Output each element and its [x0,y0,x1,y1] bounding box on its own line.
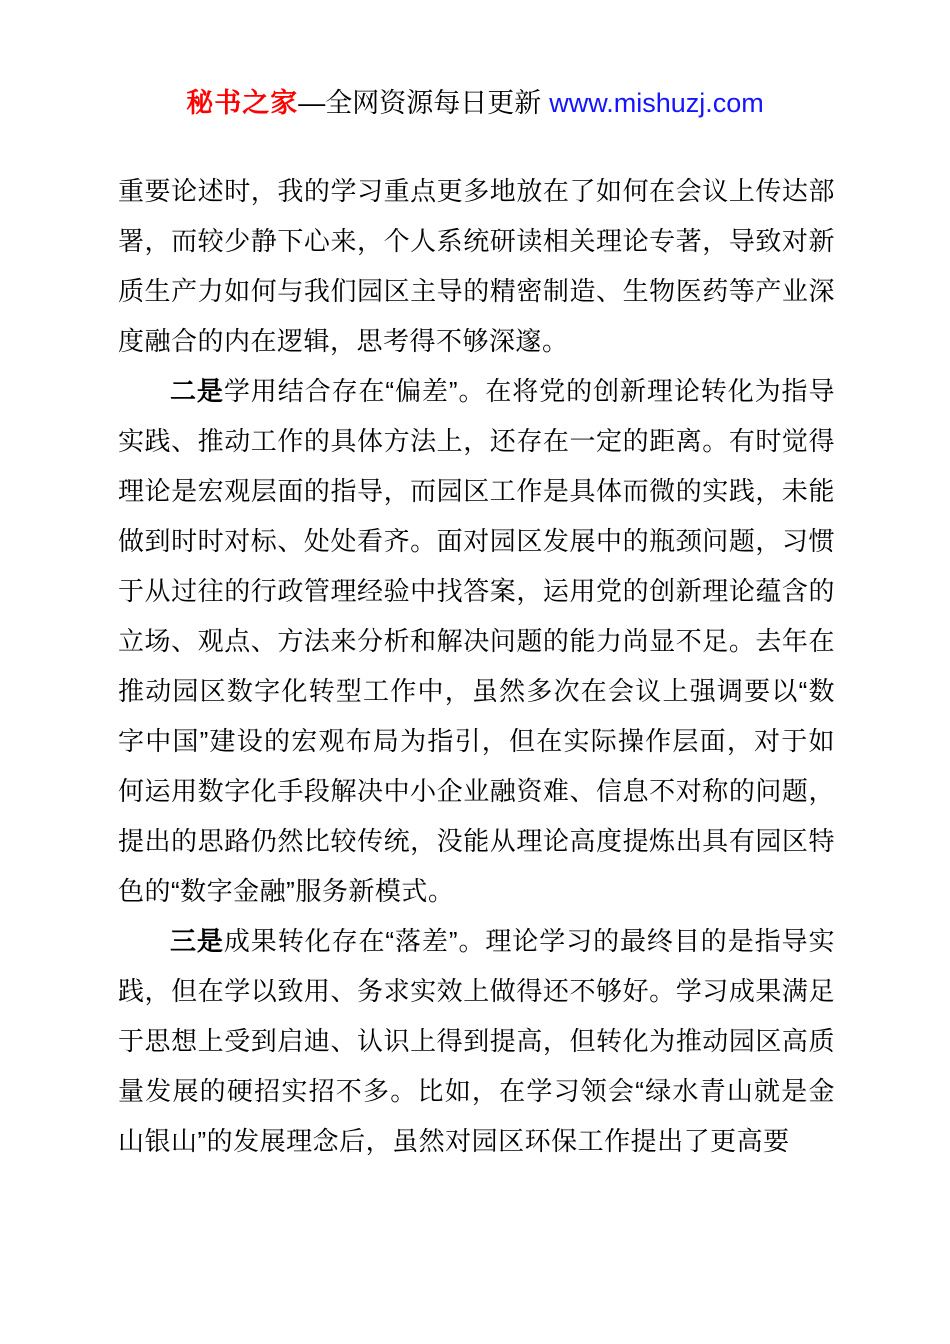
paragraph: 重要论述时，我的学习重点更多地放在了如何在会议上传达部署，而较少静下心来，个人系… [118,166,835,366]
paragraph: 二是学用结合存在“偏差”。在将党的创新理论转化为指导实践、推动工作的具体方法上，… [118,366,835,916]
bold-text-run: 三是 [170,926,224,956]
site-name: 秘书之家 [186,88,298,118]
paragraph: 三是成果转化存在“落差”。理论学习的最终目的是指导实践，但在学以致用、务求实效上… [118,916,835,1166]
site-url-link[interactable]: www.mishuzj.com [549,88,764,118]
page: 秘书之家—全网资源每日更新www.mishuzj.com 重要论述时，我的学习重… [0,0,950,1344]
header-tagline: —全网资源每日更新 [298,88,541,118]
document-body: 重要论述时，我的学习重点更多地放在了如何在会议上传达部署，而较少静下心来，个人系… [118,166,835,1166]
text-run: 重要论述时，我的学习重点更多地放在了如何在会议上传达部署，而较少静下心来，个人系… [118,176,835,356]
bold-text-run: 二是 [170,376,224,406]
text-run: 学用结合存在“偏差”。在将党的创新理论转化为指导实践、推动工作的具体方法上，还存… [118,376,835,906]
page-header: 秘书之家—全网资源每日更新www.mishuzj.com [0,86,950,120]
text-run: 成果转化存在“落差”。理论学习的最终目的是指导实践，但在学以致用、务求实效上做得… [118,926,835,1156]
